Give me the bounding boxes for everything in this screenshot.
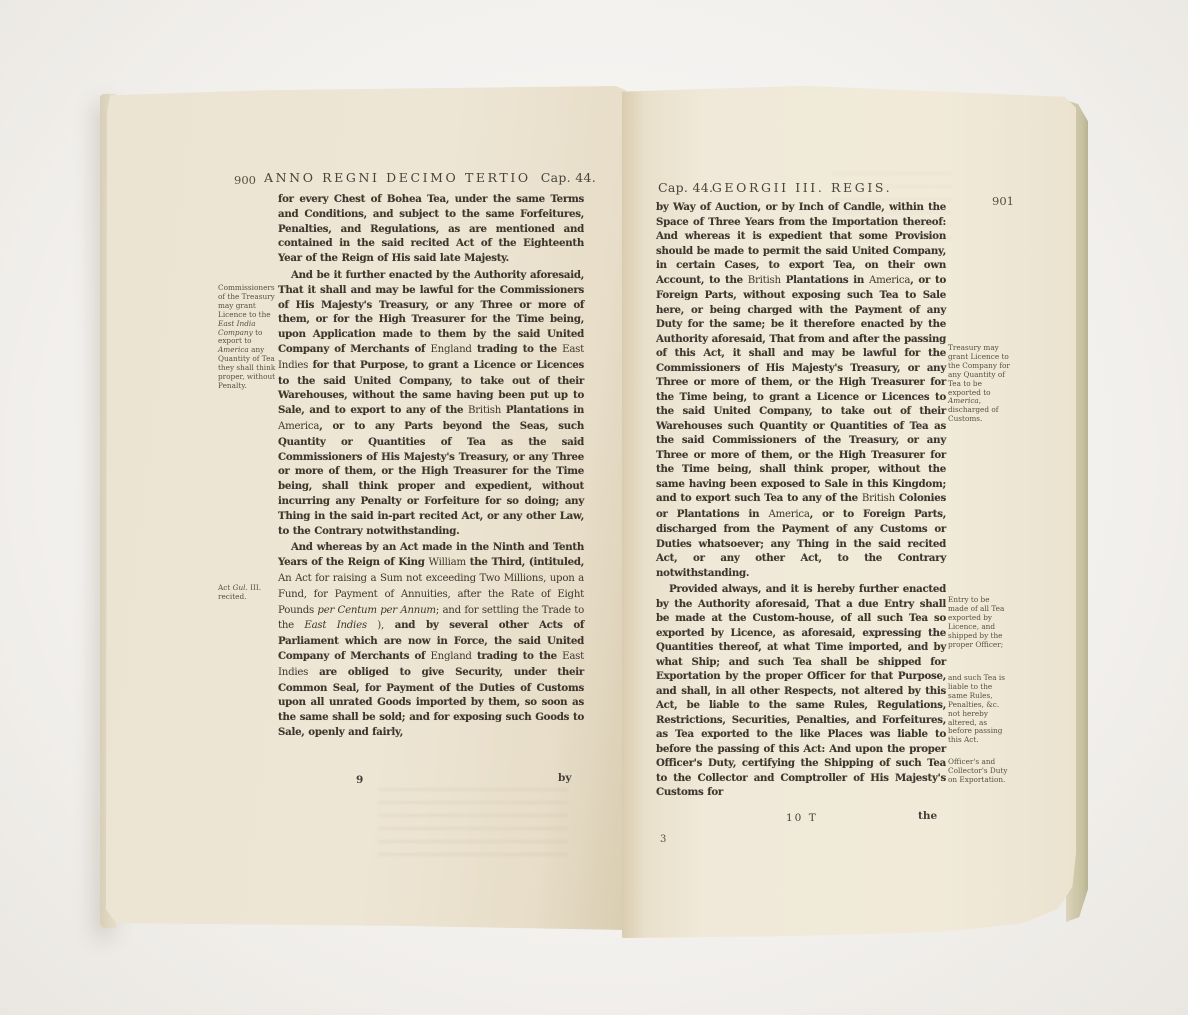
right-paragraph-2: Provided always, and it is hereby furthe… <box>656 582 946 800</box>
left-chapter-label: Cap. 44. <box>541 170 596 185</box>
right-page-number: 901 <box>992 194 1014 208</box>
right-chapter-label: Cap. 44. <box>658 180 713 195</box>
left-paragraph-1: for every Chest of Bohea Tea, under the … <box>278 192 584 266</box>
right-margin-note-4: Officer's and Collector's Duty on Export… <box>948 758 1012 785</box>
right-margin-note-3: and such Tea is liable to the same Rules… <box>948 674 1012 745</box>
open-book: 900 ANNO REGNI DECIMO TERTIO Cap. 44. fo… <box>0 0 1188 1015</box>
right-margin-note-2: Entry to be made of all Tea exported by … <box>948 596 1012 649</box>
right-running-title: GEORGII III. REGIS. <box>712 180 892 195</box>
right-paragraph-1: by Way of Auction, or by Inch of Candle,… <box>656 200 946 580</box>
left-margin-note-2: Act Gul. III. recited. <box>218 584 276 602</box>
right-signature-mark: 10 T <box>786 812 818 824</box>
left-signature-mark: 9 <box>356 774 363 786</box>
left-paragraph-3: And whereas by an Act made in the Ninth … <box>278 540 584 739</box>
right-text-column: by Way of Auction, or by Inch of Candle,… <box>656 200 946 802</box>
left-page-number: 900 <box>234 173 256 187</box>
right-running-head: Cap. 44. GEORGII III. REGIS. <box>656 180 948 195</box>
left-paragraph-2: And be it further enacted by the Authori… <box>278 268 584 538</box>
left-catchword: by <box>558 772 571 784</box>
photo-background: 900 ANNO REGNI DECIMO TERTIO Cap. 44. fo… <box>0 0 1188 1015</box>
left-running-title: ANNO REGNI DECIMO TERTIO <box>264 170 531 185</box>
right-page: 901 Cap. 44. GEORGII III. REGIS. by Way … <box>622 84 1076 938</box>
left-margin-note-1: Commissioners of the Treasury may grant … <box>218 284 276 391</box>
right-press-figure: 3 <box>660 834 666 845</box>
left-running-head: ANNO REGNI DECIMO TERTIO Cap. 44. <box>274 170 586 185</box>
showthrough-ghost <box>378 788 568 860</box>
right-catchword: the <box>918 810 937 822</box>
left-page: 900 ANNO REGNI DECIMO TERTIO Cap. 44. fo… <box>106 86 626 930</box>
left-text-column: for every Chest of Bohea Tea, under the … <box>278 192 584 742</box>
right-margin-note-1: Treasury may grant Licence to the Compan… <box>948 344 1012 424</box>
